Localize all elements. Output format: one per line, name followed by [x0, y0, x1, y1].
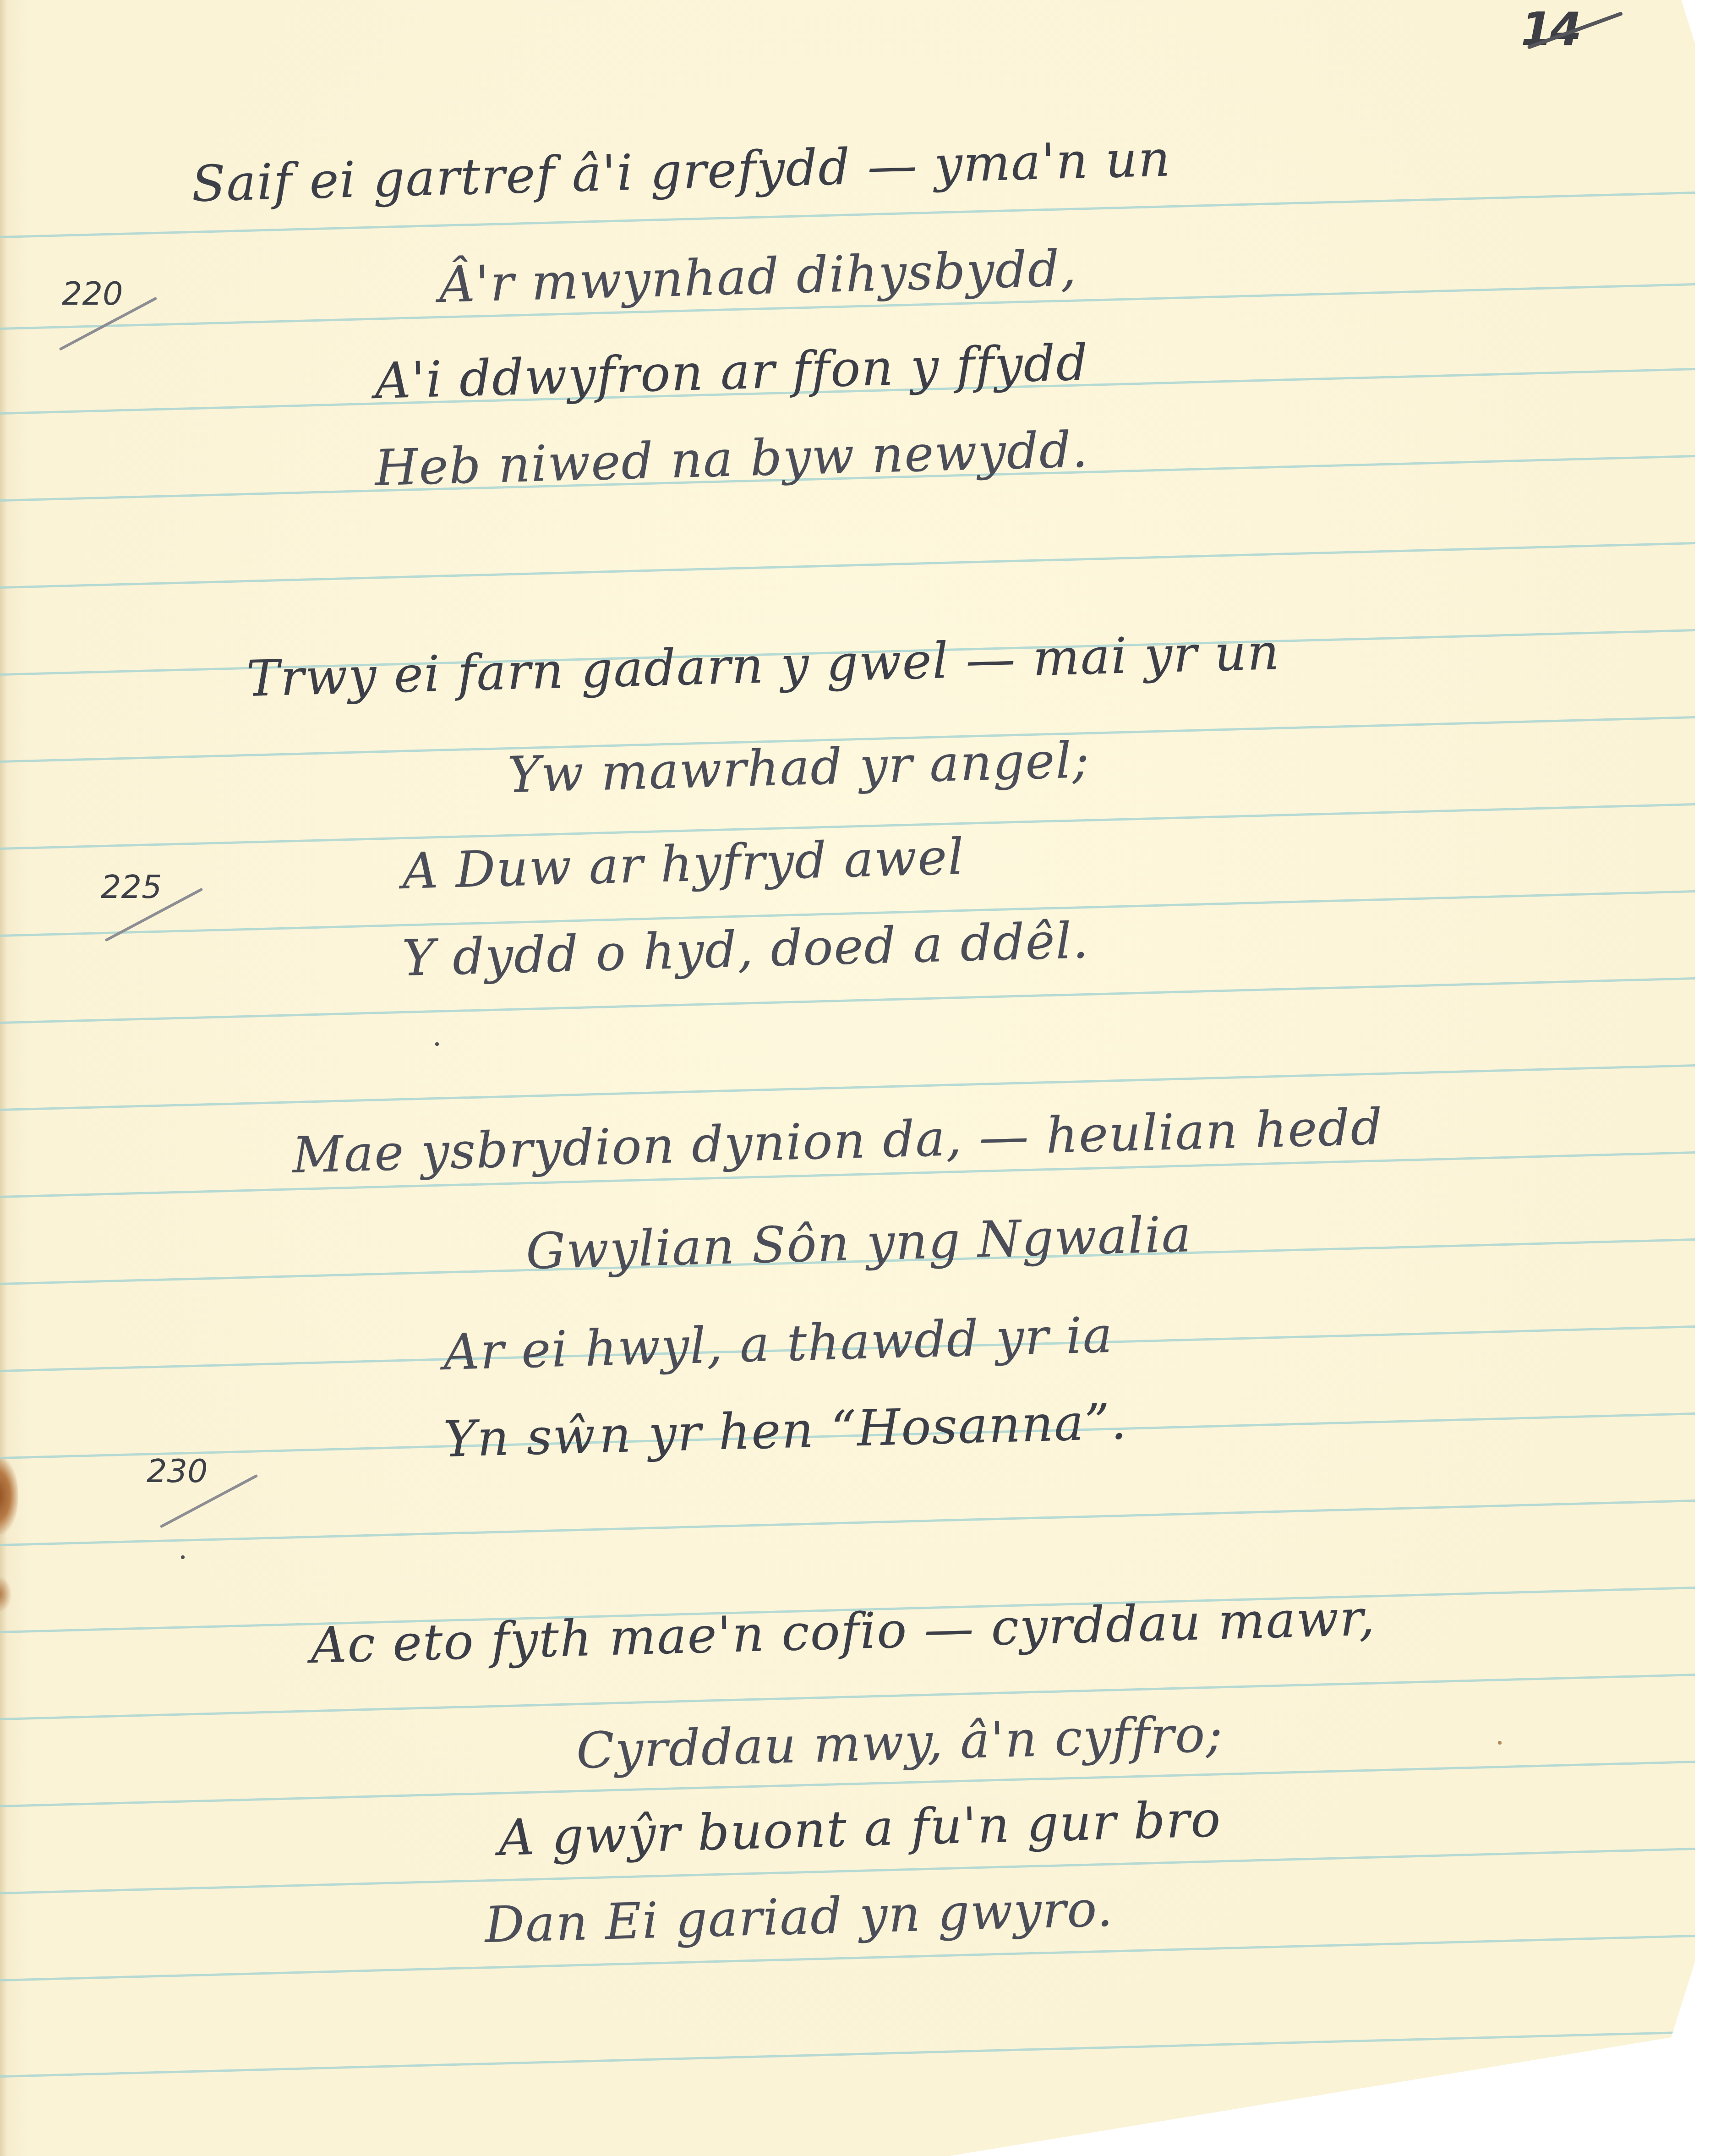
verse-line: Yw mawrhad yr angel;	[507, 732, 1091, 804]
verse-line: A Duw ar hyfryd awel	[402, 828, 965, 900]
ruled-line	[0, 977, 1710, 1024]
verse-line: Yn sŵn yr hen “Hosanna”.	[443, 1393, 1128, 1468]
margin-line-number: 225	[101, 868, 162, 906]
ink-spot	[1498, 1741, 1502, 1745]
verse-line: Cyrddau mwy, â'n cyffro;	[576, 1706, 1224, 1780]
verse-line: Ar ei hwyl, a thawdd yr ia	[443, 1307, 1114, 1381]
binding-edge	[0, 0, 6, 2156]
ruled-line	[0, 1064, 1710, 1111]
verse-line: Dan Ei gariad yn gwyro.	[484, 1880, 1115, 1954]
ruled-line	[0, 542, 1710, 589]
ink-spot	[435, 1042, 439, 1046]
verse-line: Saif ei gartref â'i grefydd — yma'n un	[191, 130, 1172, 213]
rust-stain	[0, 1457, 18, 1535]
notebook-page: 14 220 225 230 Saif ei gartref â'i grefy…	[0, 0, 1695, 2156]
ruled-line	[0, 2030, 1710, 2078]
ink-spot	[181, 1555, 185, 1559]
verse-line: A'i ddwyfron ar ffon y ffydd	[374, 334, 1089, 410]
margin-line-number: 230	[147, 1452, 208, 1490]
verse-line: Ac eto fyth mae'n cofio — cyrddau mawr,	[310, 1589, 1376, 1674]
ruled-line	[0, 1499, 1710, 1546]
verse-line: Mae ysbrydion dynion da, — heulian hedd	[292, 1099, 1384, 1184]
ruled-line	[0, 1673, 1710, 1720]
verse-line: Heb niwed na byw newydd.	[374, 421, 1089, 497]
verse-line: A gwŷr buont a fu'n gur bro	[498, 1791, 1222, 1867]
rust-stain	[0, 1576, 12, 1613]
margin-line-number: 220	[62, 275, 123, 312]
verse-line: Trwy ei farn gadarn y gwel — mai yr un	[246, 624, 1281, 708]
verse-line: Gwylian Sôn yng Ngwalia	[525, 1206, 1193, 1280]
